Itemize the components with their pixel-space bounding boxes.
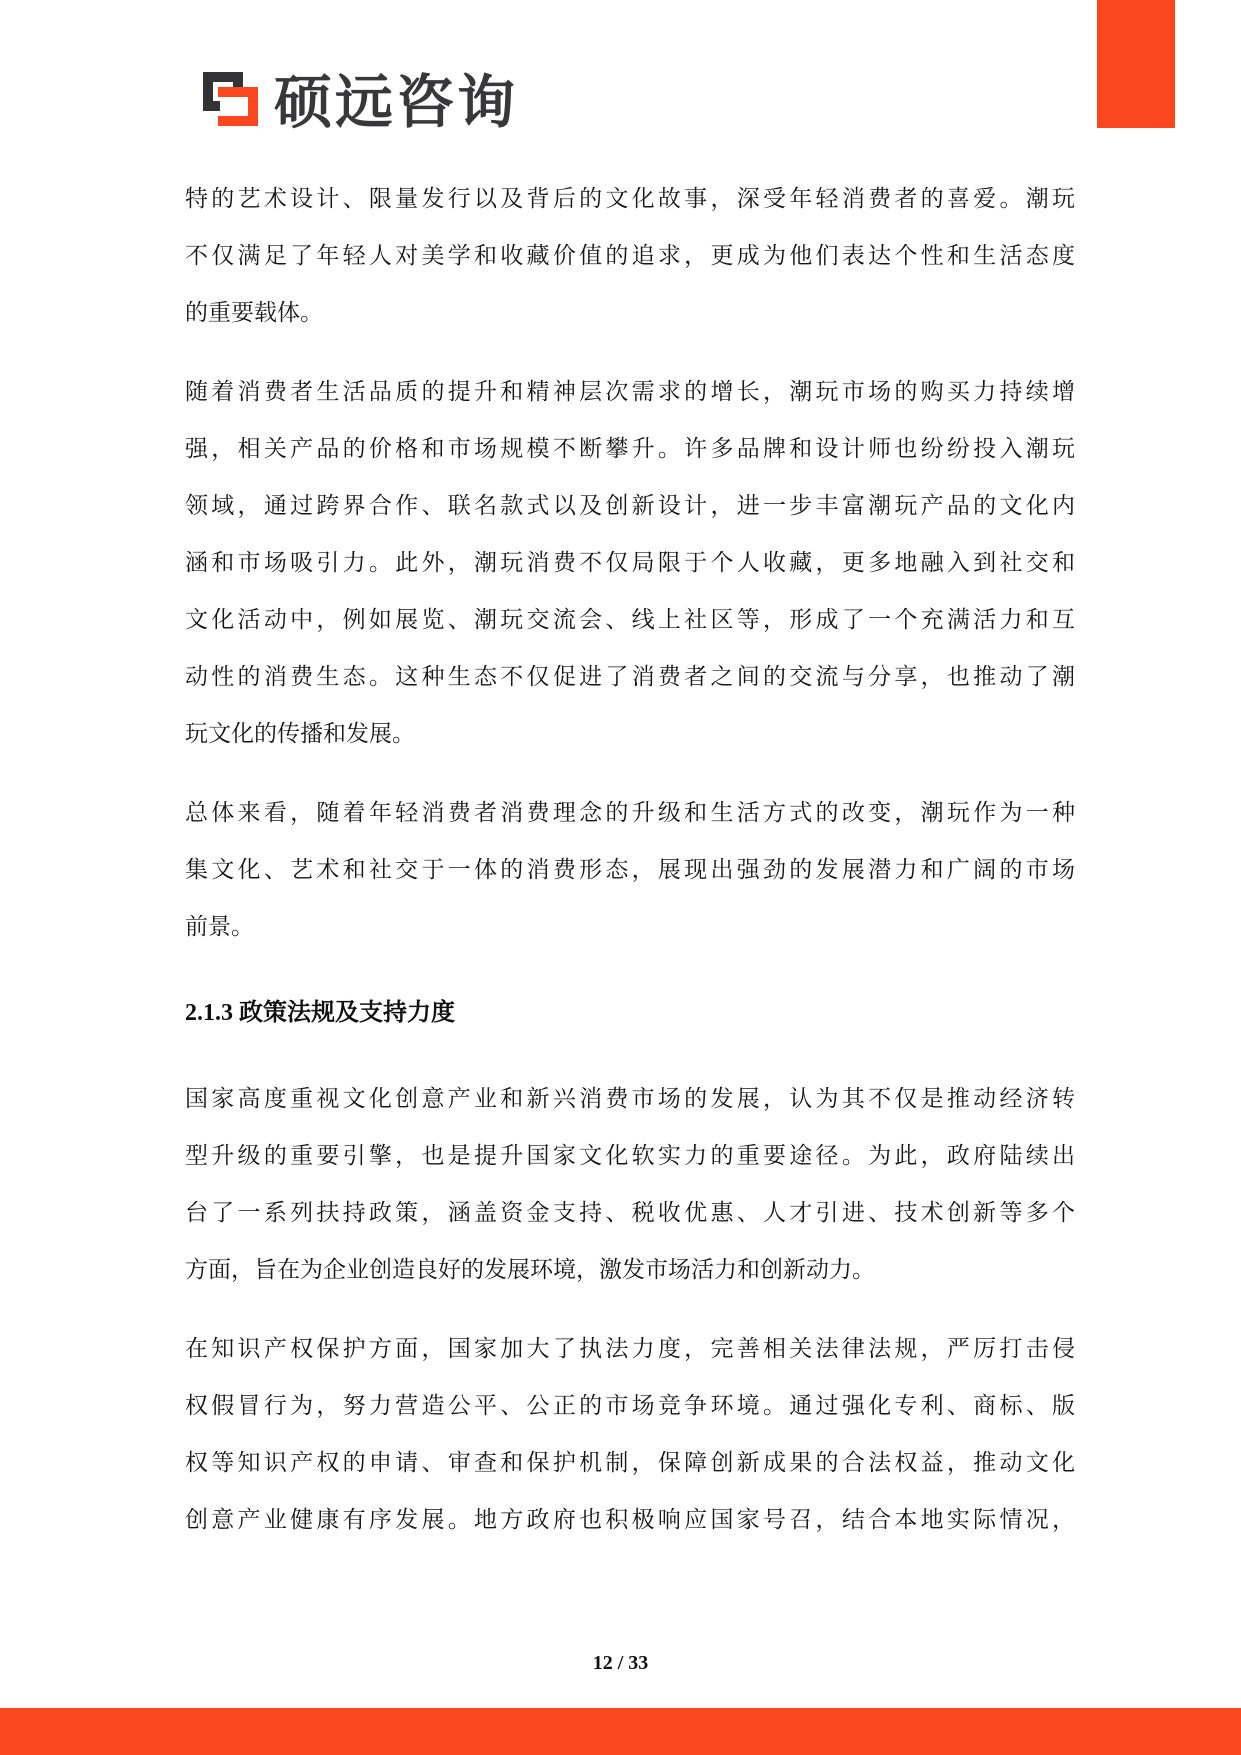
text-line: 创意产业健康有序发展。地方政府也积极响应国家号召，结合本地实际情况， — [185, 1491, 1075, 1548]
text-line: 权等知识产权的申请、审查和保护机制，保障创新成果的合法权益，推动文化 — [185, 1434, 1075, 1491]
company-logo-text: 硕远咨询 — [274, 74, 518, 132]
paragraph: 总体来看，随着年轻消费者消费理念的升级和生活方式的改变，潮玩作为一种集文化、艺术… — [185, 784, 1075, 955]
text-line: 总体来看，随着年轻消费者消费理念的升级和生活方式的改变，潮玩作为一种 — [185, 784, 1075, 841]
paragraph: 国家高度重视文化创意产业和新兴消费市场的发展，认为其不仅是推动经济转型升级的重要… — [185, 1070, 1075, 1298]
header-accent-block — [1097, 0, 1175, 128]
text-line: 不仅满足了年轻人对美学和收藏价值的追求，更成为他们表达个性和生活态度 — [185, 227, 1075, 284]
document-page: { "page": { "accent_color": "#fb471d", "… — [0, 0, 1241, 1755]
text-line: 方面，旨在为企业创造良好的发展环境，激发市场活力和创新动力。 — [185, 1241, 1075, 1298]
paragraph: 随着消费者生活品质的提升和精神层次需求的增长，潮玩市场的购买力持续增强，相关产品… — [185, 363, 1075, 762]
document-body: 特的艺术设计、限量发行以及背后的文化故事，深受年轻消费者的喜爱。潮玩不仅满足了年… — [185, 170, 1075, 1570]
text-line: 权假冒行为，努力营造公平、公正的市场竞争环境。通过强化专利、商标、版 — [185, 1377, 1075, 1434]
shuoyuan-logo-icon — [203, 72, 258, 126]
text-line: 国家高度重视文化创意产业和新兴消费市场的发展，认为其不仅是推动经济转 — [185, 1070, 1075, 1127]
text-line: 在知识产权保护方面，国家加大了执法力度，完善相关法律法规，严厉打击侵 — [185, 1320, 1075, 1377]
text-line: 集文化、艺术和社交于一体的消费形态，展现出强劲的发展潜力和广阔的市场 — [185, 841, 1075, 898]
text-line: 特的艺术设计、限量发行以及背后的文化故事，深受年轻消费者的喜爱。潮玩 — [185, 170, 1075, 227]
text-line: 领域，通过跨界合作、联名款式以及创新设计，进一步丰富潮玩产品的文化内 — [185, 477, 1075, 534]
text-line: 随着消费者生活品质的提升和精神层次需求的增长，潮玩市场的购买力持续增 — [185, 363, 1075, 420]
text-line: 玩文化的传播和发展。 — [185, 705, 1075, 762]
text-line: 动性的消费生态。这种生态不仅促进了消费者之间的交流与分享，也推动了潮 — [185, 648, 1075, 705]
text-line: 的重要载体。 — [185, 284, 1075, 341]
paragraph: 特的艺术设计、限量发行以及背后的文化故事，深受年轻消费者的喜爱。潮玩不仅满足了年… — [185, 170, 1075, 341]
company-logo: 硕远咨询 — [203, 72, 518, 132]
footer-accent-bar — [0, 1708, 1241, 1755]
page-number: 12 / 33 — [0, 1652, 1241, 1675]
text-line: 强，相关产品的价格和市场规模不断攀升。许多品牌和设计师也纷纷投入潮玩 — [185, 420, 1075, 477]
text-line: 前景。 — [185, 898, 1075, 955]
text-line: 型升级的重要引擎，也是提升国家文化软实力的重要途径。为此，政府陆续出 — [185, 1127, 1075, 1184]
paragraph: 在知识产权保护方面，国家加大了执法力度，完善相关法律法规，严厉打击侵权假冒行为，… — [185, 1320, 1075, 1548]
text-line: 文化活动中，例如展览、潮玩交流会、线上社区等，形成了一个充满活力和互 — [185, 591, 1075, 648]
text-line: 台了一系列扶持政策，涵盖资金支持、税收优惠、人才引进、技术创新等多个 — [185, 1184, 1075, 1241]
section-heading: 2.1.3 政策法规及支持力度 — [185, 985, 1075, 1042]
text-line: 涵和市场吸引力。此外，潮玩消费不仅局限于个人收藏，更多地融入到社交和 — [185, 534, 1075, 591]
